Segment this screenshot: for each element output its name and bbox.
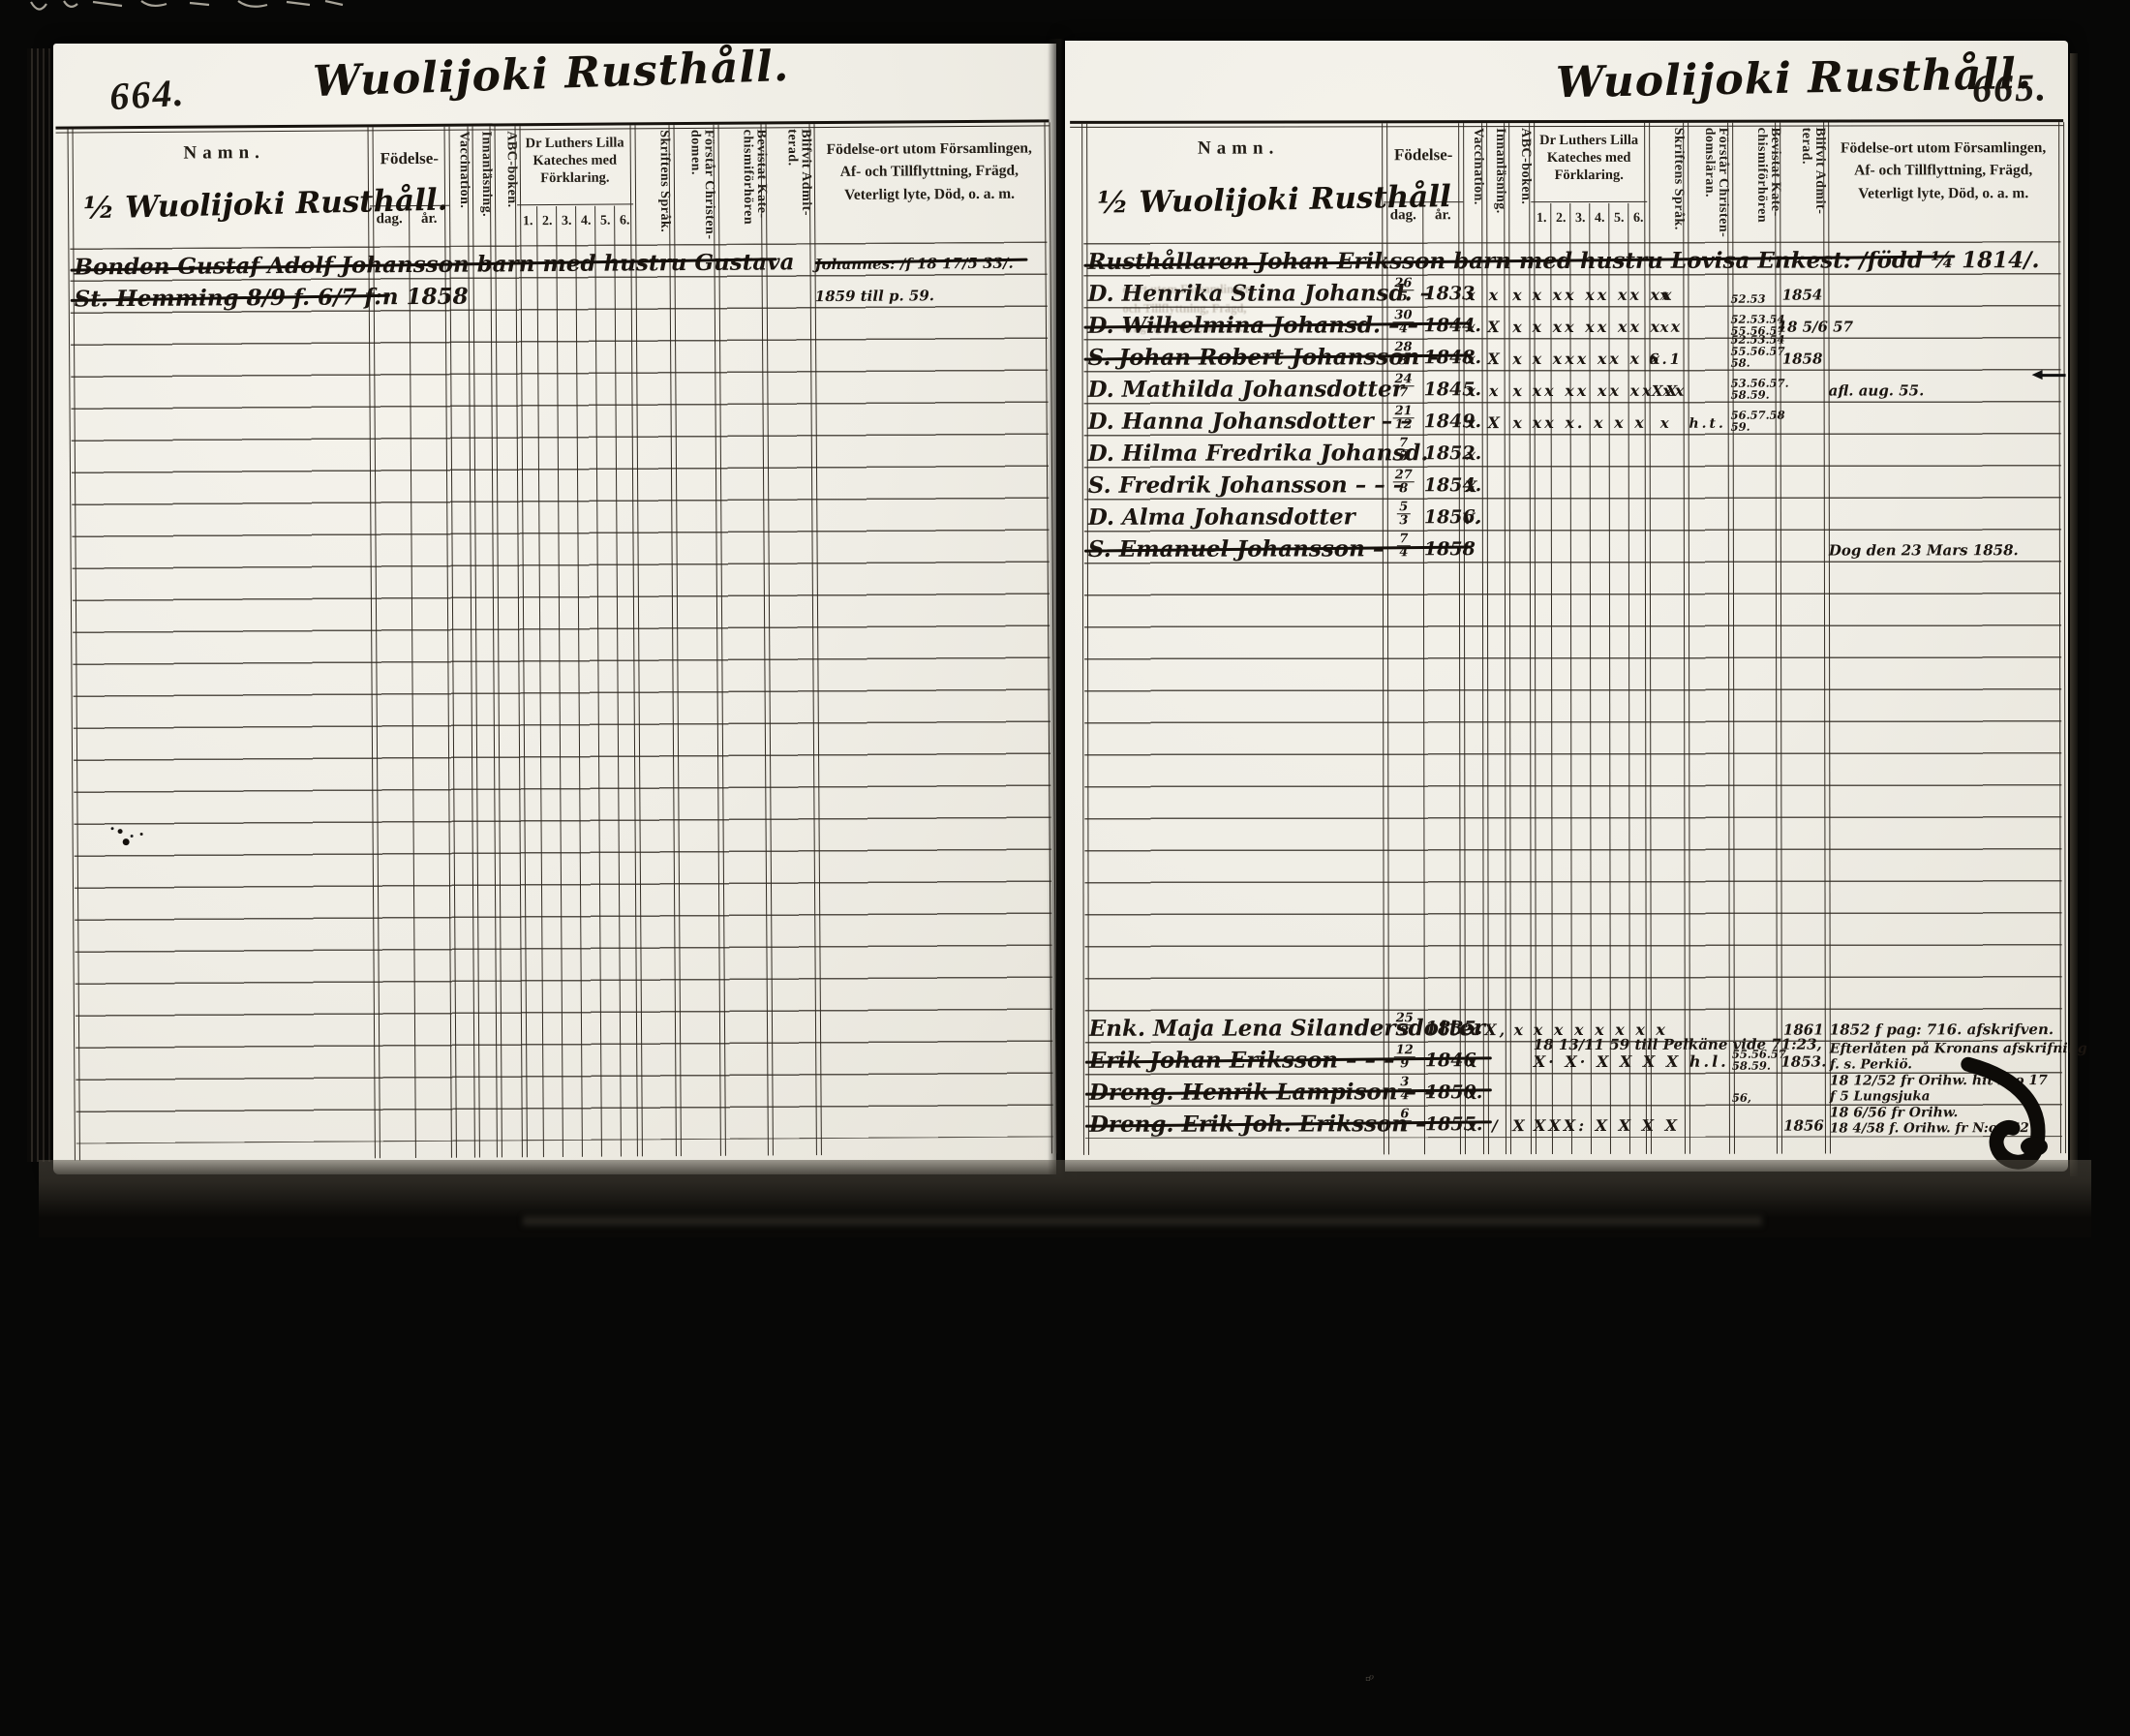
entry-birth-year: 1845. bbox=[1424, 379, 1463, 400]
bevistat-line: 58.59. bbox=[1731, 389, 1785, 401]
entry-birth-day: 265 bbox=[1384, 277, 1421, 304]
entry-mark-vaccination: x bbox=[1461, 1084, 1486, 1103]
entry-mark-abc: x bbox=[1506, 1020, 1534, 1039]
frac-top: 21 bbox=[1393, 405, 1415, 419]
entry-birth-year: 1849. bbox=[1424, 411, 1463, 432]
book-cover-edge bbox=[2070, 53, 2078, 1176]
entry-name: D. Hilma Fredrika Johansd. bbox=[1088, 442, 1384, 465]
frac-top: 5 bbox=[1397, 501, 1410, 515]
frac-bottom: 3 bbox=[1397, 515, 1410, 529]
book-page-stack-edge bbox=[27, 48, 52, 1162]
page-bottom-shadow bbox=[39, 1160, 2091, 1237]
frac-bottom: 3 bbox=[1397, 451, 1410, 465]
table-row: D. Alma Johansdotter531856.V. bbox=[1065, 497, 2068, 531]
frac-top: 6 bbox=[1398, 1108, 1411, 1122]
table-row: D. Hanna Johansdotter – –21121849.xXxxx … bbox=[1065, 401, 2068, 435]
entry-note: afl. aug. 55. bbox=[1829, 381, 2061, 399]
entry-note: Johannes: /f 18 17/5 33/. bbox=[814, 254, 1047, 273]
frac-top: 24 bbox=[1393, 373, 1415, 387]
column-subline bbox=[614, 206, 622, 1157]
entry-birth-day: 253 bbox=[1386, 1012, 1423, 1039]
entry-birth-year: 1858 bbox=[1424, 538, 1463, 560]
entry-marks-kateches: x xx xx xx xx bbox=[1532, 286, 1646, 304]
entry-year-admitterad: 1856 bbox=[1779, 1117, 1829, 1135]
entry-mark-skriftens: 6.1 bbox=[1647, 350, 1686, 368]
entry-mark-vaccination: x bbox=[1460, 350, 1485, 368]
entry-mark-vaccination: x bbox=[1460, 445, 1485, 464]
entry-mark-vaccination: x bbox=[1460, 381, 1485, 400]
frac-top: 7 bbox=[1397, 437, 1410, 451]
column-subline bbox=[536, 206, 544, 1157]
entry-birth-year: 1835. bbox=[1425, 1018, 1464, 1039]
entry-mark-abc: x bbox=[1506, 381, 1533, 400]
frac-top: 12 bbox=[1394, 1044, 1415, 1058]
entry-name: Enk. Maja Lena Silandersdotter bbox=[1089, 1017, 1385, 1040]
entry-mark-innanlasning: X bbox=[1482, 318, 1506, 336]
birth-day-fraction: 247 bbox=[1393, 373, 1415, 400]
birth-day-fraction: 265 bbox=[1392, 277, 1414, 304]
frac-top: 7 bbox=[1397, 533, 1410, 547]
entry-mark-vaccination: X bbox=[1460, 477, 1485, 496]
entry-mark-innanlasning: / bbox=[1484, 1116, 1508, 1135]
entry-name: S. Fredrik Johansson – – – bbox=[1088, 473, 1384, 497]
frac-top: 26 bbox=[1392, 277, 1414, 291]
bevistat-line: 58. bbox=[1731, 357, 1785, 369]
entry-birth-day: 73 bbox=[1385, 437, 1422, 464]
entry-mark-innanlasning: x bbox=[1483, 381, 1507, 400]
entry-mark-vaccination: x bbox=[1461, 1052, 1486, 1071]
entry-name: D. Hanna Johansdotter – – bbox=[1088, 410, 1384, 433]
table-row: D. Henrika Stina Johansd. –2651833xxxx x… bbox=[1064, 273, 2067, 307]
entry-mark-skriftens: XX bbox=[1647, 382, 1686, 400]
column-subline bbox=[409, 207, 416, 1158]
entry-note: Dog den 23 Mars 1858. bbox=[1829, 541, 2061, 559]
entry-birth-year: 1854. bbox=[1424, 474, 1463, 496]
entry-mark-abc: X bbox=[1506, 1116, 1534, 1135]
entry-mark-vaccination: x bbox=[1459, 318, 1484, 336]
frac-bottom: 8 bbox=[1393, 483, 1415, 497]
entry-birth-year: 1856. bbox=[1424, 506, 1463, 528]
bevistat-line: 58.59. bbox=[1732, 1060, 1786, 1072]
entry-mark-abc: x bbox=[1505, 286, 1532, 304]
bevistat-line: 52.53 bbox=[1730, 293, 1784, 305]
entry-mark-innanlasning: X bbox=[1483, 350, 1507, 368]
column-subline bbox=[594, 206, 602, 1157]
entry-note: 1852 f pag: 716. afskrifven. bbox=[1830, 1020, 2062, 1038]
birth-day-fraction: 73 bbox=[1397, 437, 1410, 464]
entry-years-bevistat: 53.56.57.58.59. bbox=[1731, 377, 1785, 400]
entry-years-bevistat: 56, bbox=[1732, 1092, 1786, 1104]
entry-birth-day: 247 bbox=[1385, 373, 1422, 400]
scanned-book-photo: 664. Wuolijoki Rusthåll. Namn. Födelse- … bbox=[0, 0, 2130, 1736]
entry-marks-kateches: xx x. x x x bbox=[1533, 413, 1647, 432]
table-row: S. Emanuel Johansson –741858Dog den 23 M… bbox=[1065, 529, 2068, 563]
section-heading-script: ½ Wuolijoki Rusthåll bbox=[1097, 179, 1451, 221]
entry-birth-day: 53 bbox=[1385, 501, 1422, 528]
entry-years-bevistat: 52.53.5455.56.57.58. bbox=[1731, 333, 1785, 368]
column-subline bbox=[575, 206, 583, 1157]
bevistat-line: 56, bbox=[1732, 1092, 1786, 1104]
photo-bottom-speck: ▫ͦ bbox=[1365, 1671, 1371, 1689]
entry-mark-skriftens: x bbox=[1647, 414, 1686, 432]
frac-top: 25 bbox=[1394, 1012, 1415, 1026]
entry-birth-day: 278 bbox=[1385, 469, 1422, 496]
frac-top: 28 bbox=[1392, 341, 1414, 355]
frac-bottom: 3 bbox=[1394, 1026, 1415, 1040]
book-page-left: 664. Wuolijoki Rusthåll. Namn. Födelse- … bbox=[53, 44, 1056, 1174]
table-row: D. Wilhelmina Johansd. – –3041844.xXxx x… bbox=[1064, 305, 2067, 339]
entry-mark-forstar: h.t. bbox=[1686, 416, 1730, 432]
entry-name: D. Alma Johansdotter bbox=[1088, 505, 1384, 529]
entry-mark-vaccination: x bbox=[1461, 1020, 1486, 1039]
entry-marks-kateches: x xxx xx x x bbox=[1533, 350, 1647, 368]
column-subline bbox=[556, 206, 563, 1157]
birth-day-fraction: 2112 bbox=[1393, 405, 1415, 432]
entry-years-bevistat: 52.53 bbox=[1730, 293, 1784, 305]
frac-bottom: 7 bbox=[1393, 387, 1415, 401]
entry-birth-year: 1850. bbox=[1425, 1081, 1464, 1103]
entry-mark-skriftens: x bbox=[1646, 287, 1685, 304]
entry-name: D. Henrika Stina Johansd. – bbox=[1087, 282, 1384, 305]
frac-bottom: 12 bbox=[1393, 419, 1415, 433]
entry-mark-vaccination: V. bbox=[1460, 509, 1485, 528]
table-row: D. Hilma Fredrika Johansd.731852.x bbox=[1065, 433, 2068, 467]
frac-top: 3 bbox=[1398, 1076, 1411, 1090]
entry-name: D. Mathilda Johansdotter bbox=[1088, 378, 1384, 401]
entry-marks-kateches: X· X· X X X X h.l. bbox=[1534, 1052, 1648, 1071]
entry-years-bevistat: 56.57.5859. bbox=[1731, 409, 1785, 432]
table-row: S. Fredrik Johansson – – –2781854.X bbox=[1065, 465, 2068, 499]
entry-mark-skriftens: x bbox=[1646, 319, 1685, 336]
entry-mark-innanlasning: X bbox=[1483, 413, 1507, 432]
entry-mark-abc: x bbox=[1506, 413, 1533, 432]
entry-mark-abc: x bbox=[1505, 318, 1532, 336]
frac-top: 30 bbox=[1392, 309, 1414, 323]
entry-mark-innanlasning: X, bbox=[1484, 1020, 1508, 1039]
entry-marks-kateches: xx xx xx xx xx bbox=[1533, 381, 1647, 400]
entry-mark-abc: x bbox=[1506, 350, 1533, 368]
desk-shadow-line bbox=[523, 1216, 1762, 1226]
table-row: D. Mathilda Johansdotter2471845.xxxxx xx… bbox=[1065, 369, 2068, 403]
frac-top: 27 bbox=[1393, 469, 1415, 483]
birth-day-fraction: 278 bbox=[1393, 469, 1415, 496]
entry-mark-innanlasning: x bbox=[1482, 286, 1506, 304]
bevistat-line: 59. bbox=[1731, 421, 1785, 433]
entry-birth-year: 1833 bbox=[1423, 283, 1462, 304]
entry-mark-vaccination: x bbox=[1459, 286, 1484, 304]
entry-marks-kateches: x xx xx xx x x bbox=[1532, 318, 1646, 336]
entry-mark-vaccination: x bbox=[1460, 413, 1485, 432]
photo-edge-marks bbox=[25, 0, 354, 19]
book-page-right: 665. Wuolijoki Rusthåll. e-ort utom Förs… bbox=[1065, 41, 2068, 1172]
entry-birth-year: 1855. bbox=[1425, 1113, 1464, 1135]
birth-day-fraction: 253 bbox=[1394, 1012, 1415, 1039]
entry-birth-year: 1848. bbox=[1424, 347, 1463, 368]
table-row: Rusthållaren Johan Eriksson barn med hus… bbox=[1064, 241, 2067, 275]
birth-day-fraction: 53 bbox=[1397, 501, 1410, 528]
margin-pointer-mark bbox=[2041, 374, 2066, 377]
entry-birth-day: 2112 bbox=[1385, 405, 1422, 432]
entry-mark-vaccination: x bbox=[1461, 1116, 1486, 1135]
entry-birth-year: 1844. bbox=[1423, 315, 1462, 336]
entry-birth-year: 1846 bbox=[1425, 1050, 1464, 1071]
entry-note: 1859 till p. 59. bbox=[815, 286, 1048, 305]
entry-birth-year: 1852. bbox=[1424, 442, 1463, 464]
frac-bottom: 5 bbox=[1392, 291, 1414, 305]
entry-marks-kateches: XXX: X X X X bbox=[1534, 1116, 1648, 1135]
table-row: S. Johan Robert Johansson –2831848.xXxx … bbox=[1065, 337, 2068, 371]
ink-specks bbox=[111, 827, 114, 830]
entry-inline-note: 18 13/11 59 till Pelkäne vide 71:23, bbox=[1534, 1035, 1853, 1053]
